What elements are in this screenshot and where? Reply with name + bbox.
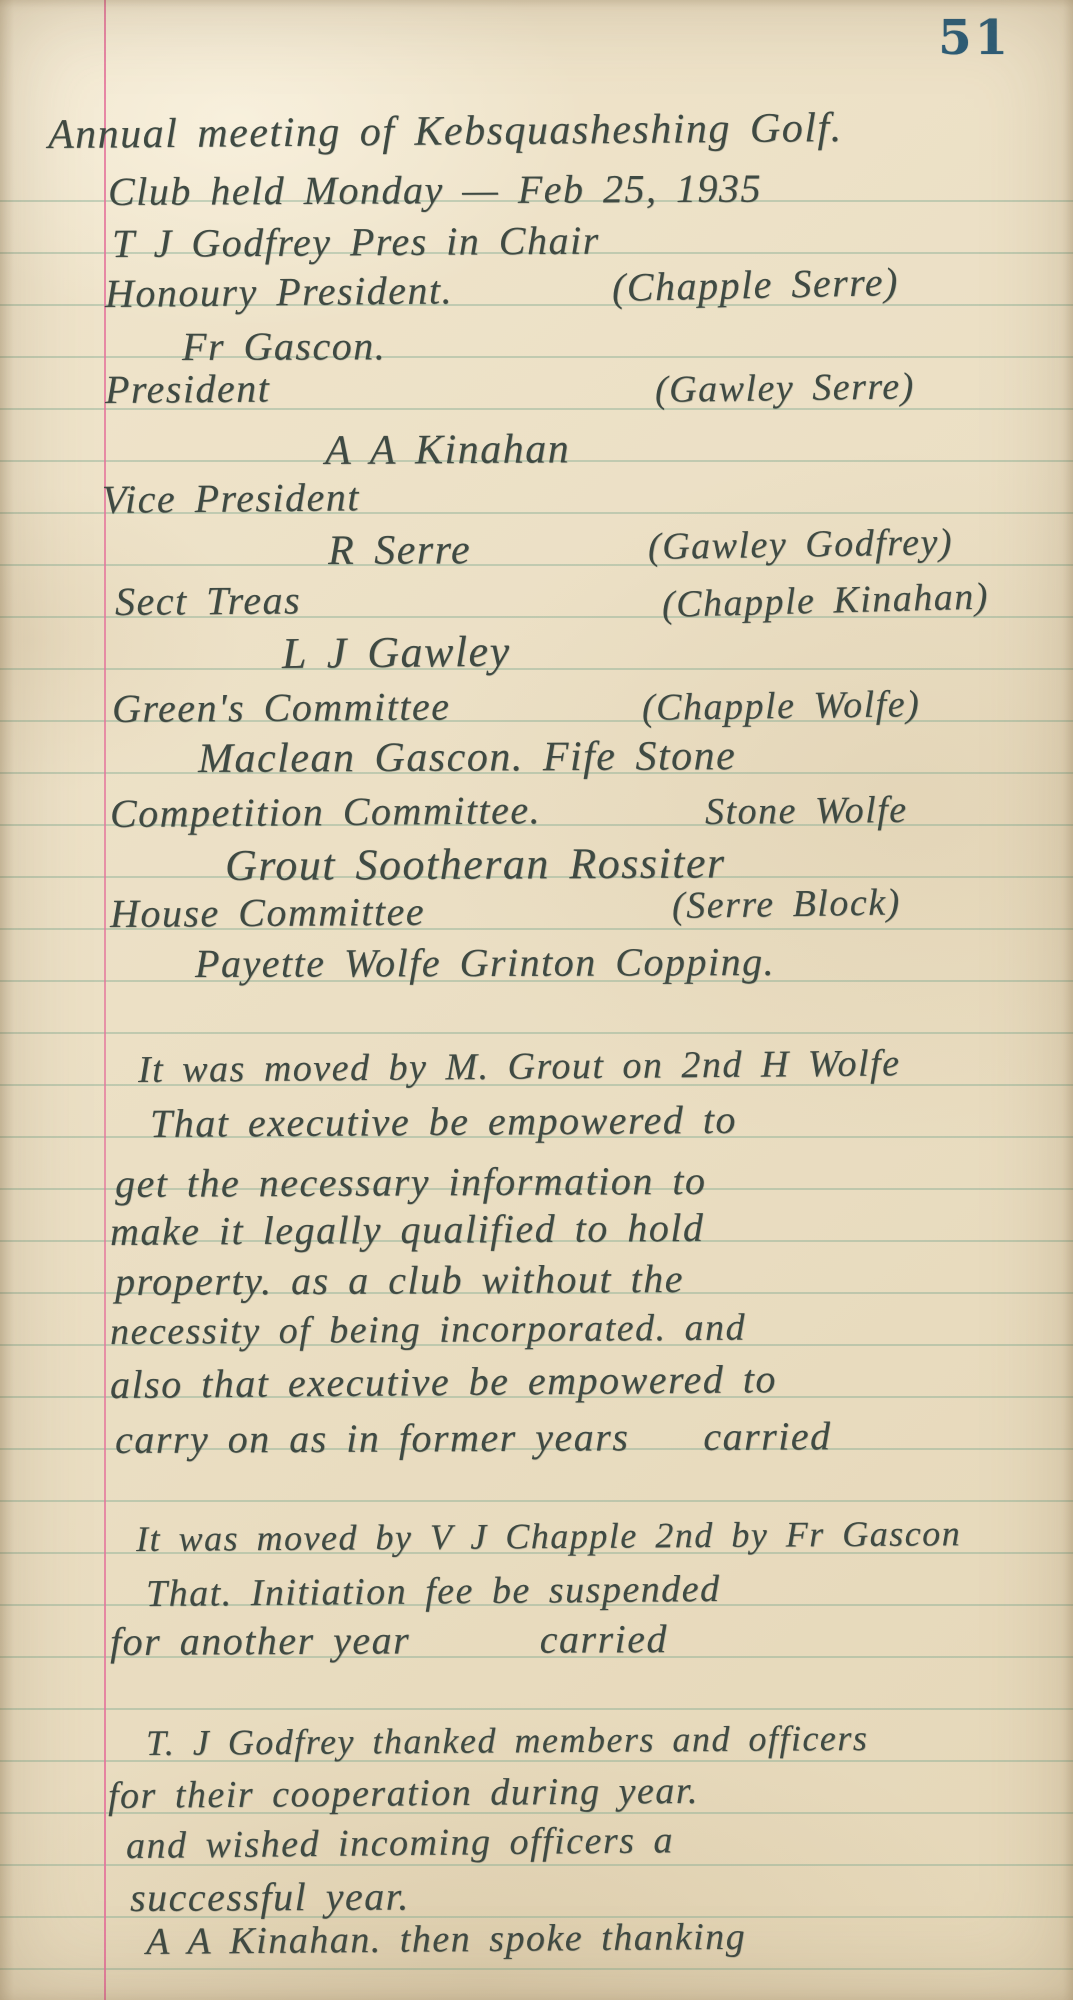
handwritten-line: House Committee xyxy=(110,890,425,936)
handwritten-line: (Chapple Kinahan) xyxy=(661,576,989,626)
handwritten-line: Maclean Gascon. Fife Stone xyxy=(198,733,736,782)
handwritten-line: Honoury President. xyxy=(105,268,453,316)
handwritten-line: A A Kinahan xyxy=(325,426,571,474)
handwritten-line: (Gawley Serre) xyxy=(655,366,915,411)
handwritten-line: R Serre xyxy=(328,527,471,574)
handwritten-line: Payette Wolfe Grinton Copping. xyxy=(195,940,775,986)
handwritten-line: Grout Sootheran Rossiter xyxy=(225,839,726,890)
handwritten-line: Fr Gascon. xyxy=(182,324,386,369)
handwritten-line: Competition Committee. xyxy=(110,788,541,836)
handwritten-line: President xyxy=(105,367,271,412)
handwritten-line: T J Godfrey Pres in Chair xyxy=(112,219,600,266)
handwritten-line: property. as a club without the xyxy=(115,1257,684,1304)
handwritten-line: Sect Treas xyxy=(115,578,301,624)
handwritten-line: for their cooperation during year. xyxy=(108,1771,699,1818)
handwritten-line: It was moved by V J Chapple 2nd by Fr Ga… xyxy=(136,1514,961,1559)
handwritten-line: (Chapple Serre) xyxy=(612,260,900,310)
handwritten-line: T. J Godfrey thanked members and officer… xyxy=(146,1719,869,1764)
handwritten-line: It was moved by M. Grout on 2nd H Wolfe xyxy=(138,1043,901,1091)
handwritten-line: make it legally qualified to hold xyxy=(110,1206,705,1254)
handwritten-line: (Chapple Wolfe) xyxy=(642,684,921,730)
handwritten-line: (Serre Block) xyxy=(672,882,901,927)
handwritten-line: Annual meeting of Kebsquasheshing Golf. xyxy=(48,105,843,158)
handwritten-line: successful year. xyxy=(130,1875,410,1920)
handwritten-line: carry on as in former years carried xyxy=(115,1414,832,1462)
manuscript-page: 51 Annual meeting of Kebsquasheshing Gol… xyxy=(0,0,1073,2000)
manuscript-lines: Annual meeting of Kebsquasheshing Golf.C… xyxy=(0,0,1073,2000)
handwritten-line: L J Gawley xyxy=(282,628,511,679)
handwritten-line: Club held Monday — Feb 25, 1935 xyxy=(108,167,762,214)
handwritten-line: and wished incoming officers a xyxy=(126,1820,674,1868)
handwritten-line: get the necessary information to xyxy=(115,1159,707,1206)
handwritten-line: Stone Wolfe xyxy=(705,790,908,834)
handwritten-line: Vice President xyxy=(102,475,360,522)
handwritten-line: A A Kinahan. then spoke thanking xyxy=(146,1917,747,1964)
handwritten-line: also that executive be empowered to xyxy=(110,1357,777,1407)
handwritten-line: (Gawley Godfrey) xyxy=(648,522,954,569)
handwritten-line: necessity of being incorporated. and xyxy=(110,1308,746,1354)
handwritten-line: Green's Committee xyxy=(112,685,451,731)
handwritten-line: That. Initiation fee be suspended xyxy=(146,1569,721,1616)
handwritten-line: for another year carried xyxy=(110,1617,668,1664)
handwritten-line: That executive be empowered to xyxy=(150,1098,737,1146)
